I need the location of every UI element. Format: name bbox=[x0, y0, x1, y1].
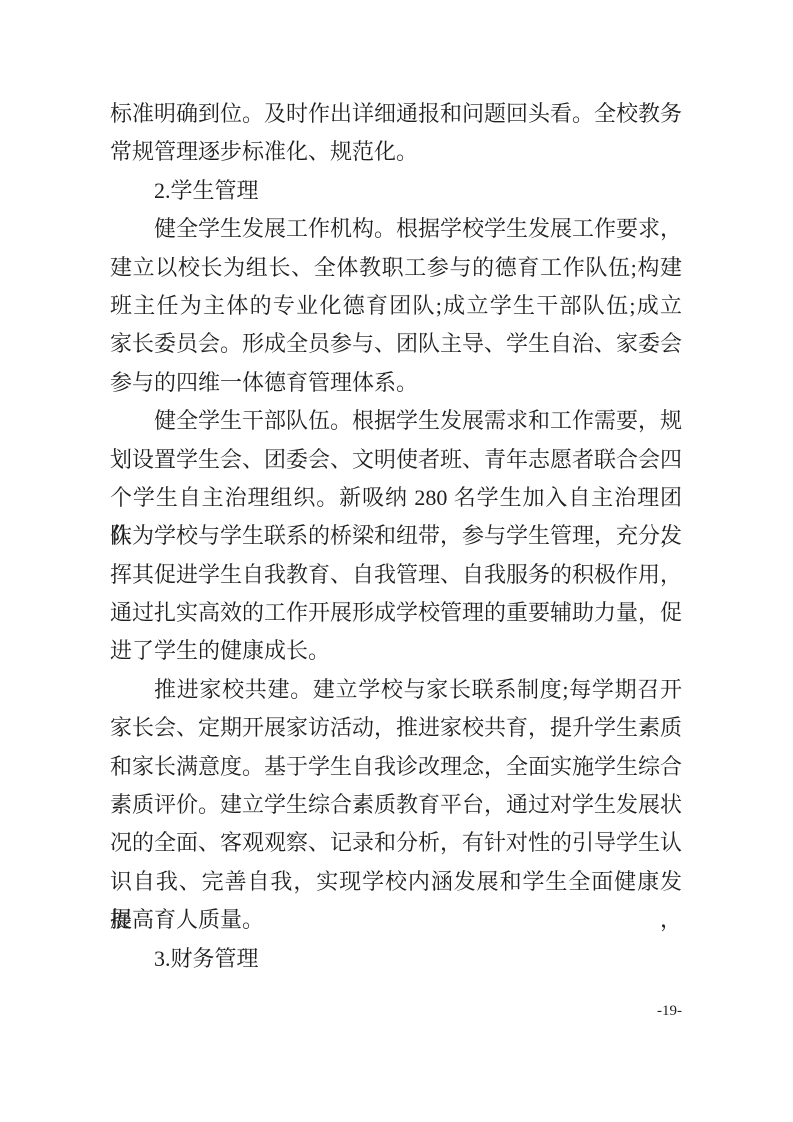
page-footer: -19- bbox=[110, 1002, 682, 1020]
text-line: 常规管理逐步标准化、规范化。 bbox=[110, 133, 682, 171]
page-number: -19- bbox=[657, 1003, 682, 1019]
text-line: 识自我、完善自我，实现学校内涵发展和学生全面健康发展， bbox=[110, 863, 682, 901]
text-line: 挥其促进学生自我教育、自我管理、自我服务的积极作用， bbox=[110, 556, 682, 594]
text-line: 班主任为主体的专业化德育团队;成立学生干部队伍;成立 bbox=[110, 287, 682, 325]
text-line: 进了学生的健康成长。 bbox=[110, 632, 682, 670]
text-line: 作为学校与学生联系的桥梁和纽带，参与学生管理，充分发 bbox=[110, 517, 682, 555]
text-line: 个学生自主治理组织。新吸纳 280 名学生加入自主治理团队， bbox=[110, 479, 682, 517]
text-line: 和家长满意度。基于学生自我诊改理念，全面实施学生综合 bbox=[110, 748, 682, 786]
text-line: 3.财务管理 bbox=[110, 940, 682, 978]
text-line: 素质评价。建立学生综合素质教育平台，通过对学生发展状 bbox=[110, 786, 682, 824]
text-line: 家长会、定期开展家访活动，推进家校共育，提升学生素质 bbox=[110, 709, 682, 747]
text-line: 参与的四维一体德育管理体系。 bbox=[110, 364, 682, 402]
text-line: 划设置学生会、团委会、文明使者班、青年志愿者联合会四 bbox=[110, 441, 682, 479]
text-line: 家长委员会。形成全员参与、团队主导、学生自治、家委会 bbox=[110, 325, 682, 363]
text-line: 通过扎实高效的工作开展形成学校管理的重要辅助力量，促 bbox=[110, 594, 682, 632]
text-line: 况的全面、客观观察、记录和分析，有针对性的引导学生认 bbox=[110, 824, 682, 862]
document-page: 标准明确到位。及时作出详细通报和问题回头看。全校教务常规管理逐步标准化、规范化。… bbox=[0, 0, 793, 1122]
text-line: 健全学生发展工作机构。根据学校学生发展工作要求， bbox=[110, 210, 682, 248]
text-line: 标准明确到位。及时作出详细通报和问题回头看。全校教务 bbox=[110, 95, 682, 133]
text-line: 2.学生管理 bbox=[110, 172, 682, 210]
document-body: 标准明确到位。及时作出详细通报和问题回头看。全校教务常规管理逐步标准化、规范化。… bbox=[110, 95, 682, 978]
text-line: 建立以校长为组长、全体教职工参与的德育工作队伍;构建 bbox=[110, 249, 682, 287]
text-line: 推进家校共建。建立学校与家长联系制度;每学期召开 bbox=[110, 671, 682, 709]
text-line: 健全学生干部队伍。根据学生发展需求和工作需要，规 bbox=[110, 402, 682, 440]
